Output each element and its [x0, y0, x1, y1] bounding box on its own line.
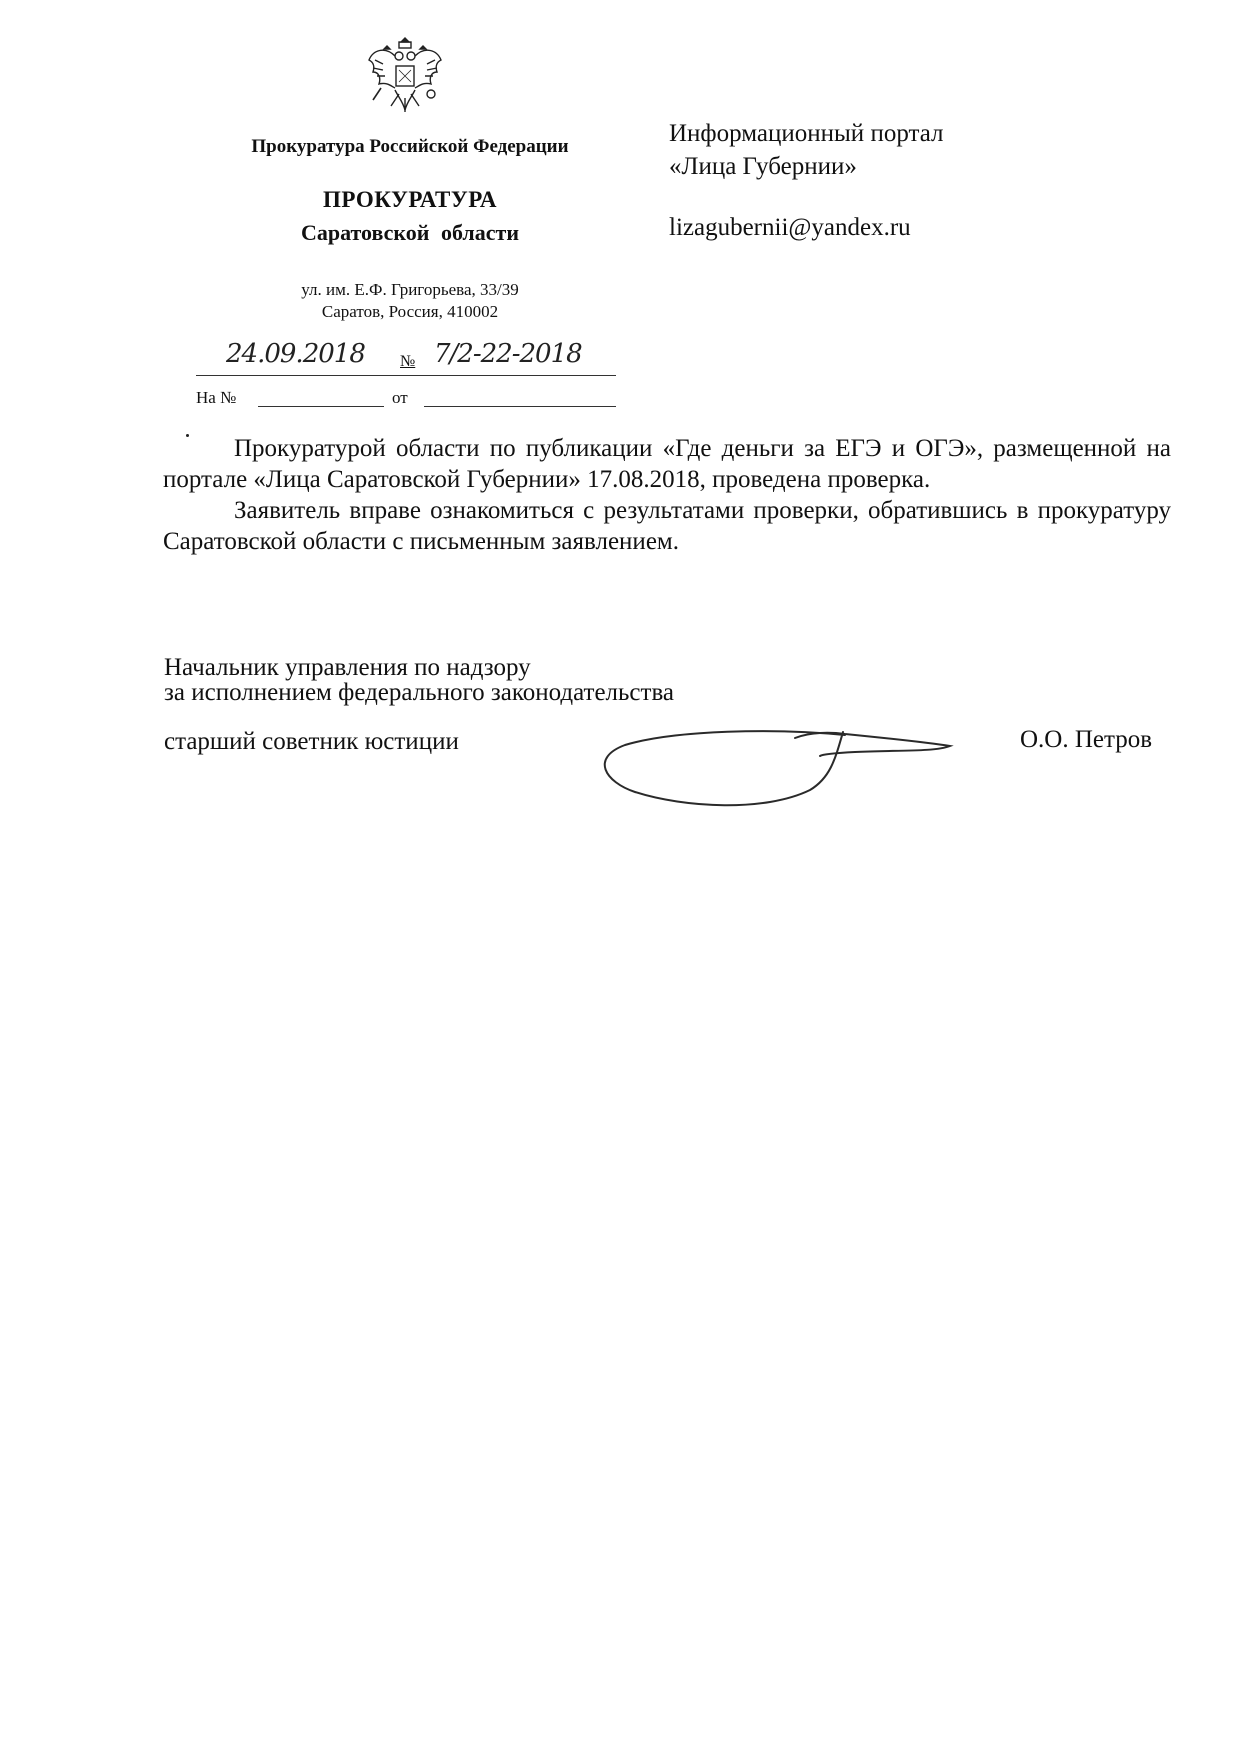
reply-reference-line: На № от	[196, 388, 616, 412]
body-paragraph: Прокуратурой области по публикации «Где …	[163, 433, 1171, 495]
reply-to-blank	[258, 406, 384, 407]
letter-body: Прокуратурой области по публикации «Где …	[163, 433, 1171, 557]
handwritten-signature-icon	[595, 720, 995, 820]
registration-underline	[196, 375, 616, 376]
org-federal-name: Прокуратура Российской Федерации	[190, 136, 630, 158]
addressee-line-1: Информационный портал	[669, 120, 944, 148]
registration-line: 24.09.2018 № 7/2-22-2018	[196, 339, 616, 377]
registration-number-label: №	[400, 353, 415, 371]
addressee-email: lizagubernii@yandex.ru	[669, 214, 911, 242]
org-title: ПРОКУРАТУРА	[190, 187, 630, 213]
org-region: Саратовской области	[190, 220, 630, 246]
from-blank	[424, 406, 616, 407]
address-line-2: Саратов, Россия, 410002	[190, 302, 630, 322]
addressee-line-2: «Лица Губернии»	[669, 153, 857, 181]
registration-date: 24.09.2018	[226, 339, 365, 369]
body-paragraph: Заявитель вправе ознакомиться с результа…	[163, 495, 1171, 557]
signer-name: О.О. Петров	[1020, 726, 1152, 754]
address-line-1: ул. им. Е.Ф. Григорьева, 33/39	[190, 280, 630, 300]
registration-number: 7/2-22-2018	[434, 339, 582, 369]
russian-coat-of-arms-icon	[365, 32, 445, 117]
signer-rank: старший советник юстиции	[164, 728, 459, 756]
from-label: от	[392, 388, 408, 408]
signer-position-line-1: Начальник управления по надзору	[164, 654, 531, 681]
signer-position-line-2: за исполнением федерального законодатель…	[164, 679, 674, 706]
reply-to-label: На №	[196, 388, 236, 408]
